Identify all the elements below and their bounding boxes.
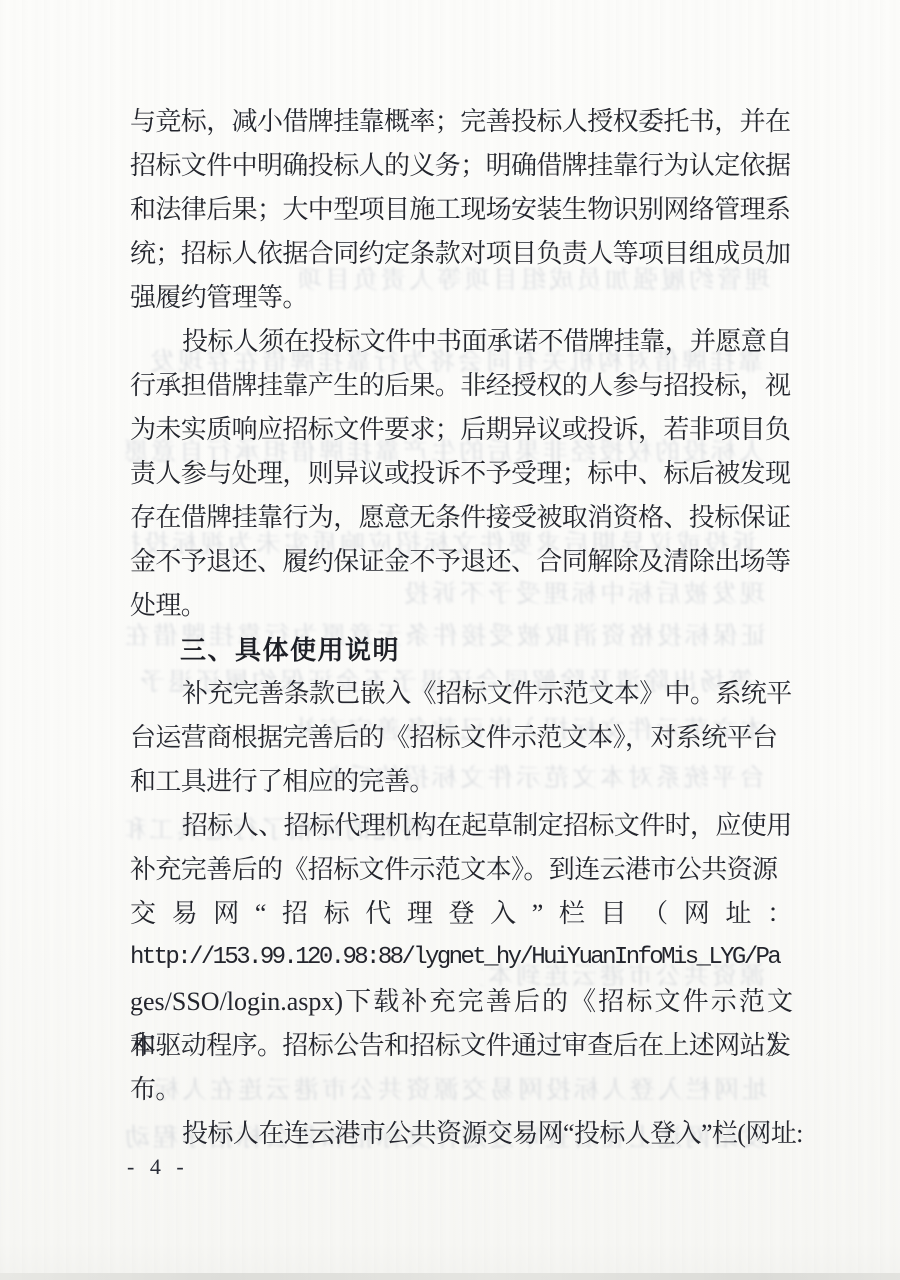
text-line: 台运营商根据完善后的《招标文件示范文本》，对系统平台: [130, 716, 793, 760]
text-line: ges/SSO/login.aspx)下载补充完善后的《招标文件示范文本》: [130, 980, 793, 1024]
text-line: 布。: [130, 1068, 793, 1112]
text-line: 投标人须在投标文件中书面承诺不借牌挂靠，并愿意自: [130, 320, 793, 364]
text-line: 补充完善条款已嵌入《招标文件示范文本》中。系统平: [130, 672, 793, 716]
text-line: 存在借牌挂靠行为，愿意无条件接受被取消资格、投标保证: [130, 496, 793, 540]
text-line: 为未实质响应招标文件要求；后期异议或投诉，若非项目负: [130, 408, 793, 452]
text-line: 行承担借牌挂靠产生的后果。非经授权的人参与招投标，视: [130, 364, 793, 408]
text-line: 金不予退还、履约保证金不予退还、合同解除及清除出场等: [130, 540, 793, 584]
text-line: 责人参与处理，则异议或投诉不予受理；标中、标后被发现: [130, 452, 793, 496]
text-line: 处理。: [130, 584, 793, 628]
document-lines: 与竞标，减小借牌挂靠概率；完善投标人授权委托书，并在招标文件中明确投标人的义务；…: [130, 100, 793, 1156]
page-number: - 4 -: [127, 1154, 189, 1180]
text-line: 统；招标人依据合同约定条款对项目负责人等项目组成员加: [130, 232, 793, 276]
text-line: 交易网“招标代理登入”栏目（网址：: [130, 892, 793, 936]
text-line: 和工具进行了相应的完善。: [130, 760, 793, 804]
text-line: http://153.99.120.98:88/lygnet_hy/HuiYua…: [130, 936, 793, 980]
text-line: 强履约管理等。: [130, 276, 793, 320]
text-line: 和驱动程序。招标公告和招标文件通过审查后在上述网站发: [130, 1024, 793, 1068]
text-line: 与竞标，减小借牌挂靠概率；完善投标人授权委托书，并在: [130, 100, 793, 144]
text-line: 招标人、招标代理机构在起草制定招标文件时，应使用: [130, 804, 793, 848]
text-line: 投标人在连云港市公共资源交易网“投标人登入”栏(网址:: [130, 1112, 793, 1156]
text-line: 和法律后果；大中型项目施工现场安装生物识别网络管理系: [130, 188, 793, 232]
scanned-document-page: 理管约履强加员成组目项等人责负目项对靠挂牌借对构机关有同会将为行靠挂牌借在存现发…: [0, 0, 900, 1280]
section-heading: 三、具体使用说明: [130, 628, 793, 672]
text-line: 补充完善后的《招标文件示范文本》。到连云港市公共资源: [130, 848, 793, 892]
text-line: 招标文件中明确投标人的义务；明确借牌挂靠行为认定依据: [130, 144, 793, 188]
scan-edge-shadow: [0, 1273, 900, 1280]
